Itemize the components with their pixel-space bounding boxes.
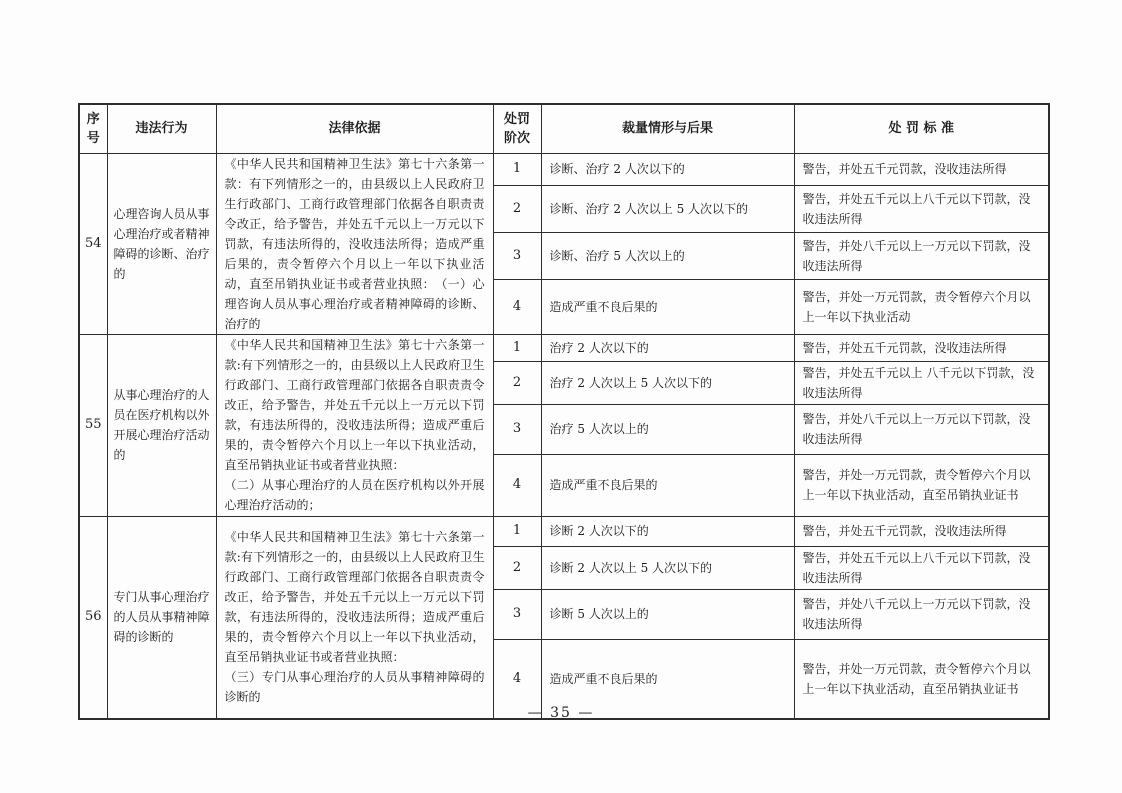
penalty-level-cell: 3 [493,404,541,454]
legal-basis-cell: 《中华人民共和国精神卫生法》第七十六条第一款:有下列情形之一的，由县级以上人民政… [216,516,493,719]
violation-cell: 专门从事心理治疗的人员从事精神障碍的诊断的 [107,516,216,719]
penalty-level-cell: 2 [493,546,541,589]
legal-basis-cell: 《中华人民共和国精神卫生法》第七十六条第一款：有下列情形之一的，由县级以上人民政… [216,153,493,334]
penalty-level-cell: 2 [493,186,541,233]
header-circumstances: 裁量情形与后果 [541,104,794,153]
penalty-standards-table: 序 号 违法行为 法律依据 处罚 阶次 裁量情形与后果 处 罚 标 准 54 心… [78,103,1050,720]
header-penalty-level: 处罚 阶次 [493,104,541,153]
penalty-standard-cell: 警告，并处八千元以上一万元以下罚款，没收违法所得 [794,233,1049,280]
serial-number-cell: 55 [79,334,107,516]
legal-basis-cell: 《中华人民共和国精神卫生法》第七十六条第一款:有下列情形之一的，由县级以上人民政… [216,334,493,516]
table-row: 54 心理咨询人员从事心理治疗或者精神障碍的诊断、治疗的 《中华人民共和国精神卫… [79,153,1049,186]
circumstance-cell: 诊断 2 人次以下的 [541,516,794,546]
circumstance-cell: 造成严重不良后果的 [541,279,794,334]
circumstance-cell: 治疗 2 人次以上 5 人次以下的 [541,361,794,404]
penalty-level-cell: 2 [493,361,541,404]
penalty-level-cell: 3 [493,233,541,280]
penalty-standard-cell: 警告，并处五千元以上八千元以下罚款，没收违法所得 [794,186,1049,233]
circumstance-cell: 诊断、治疗 5 人次以上的 [541,233,794,280]
table-header-row: 序 号 违法行为 法律依据 处罚 阶次 裁量情形与后果 处 罚 标 准 [79,104,1049,153]
violation-cell: 心理咨询人员从事心理治疗或者精神障碍的诊断、治疗的 [107,153,216,334]
circumstance-cell: 造成严重不良后果的 [541,454,794,516]
penalty-standard-cell: 警告，并处五千元罚款，没收违法所得 [794,516,1049,546]
page-number: — 35 — [0,705,1122,721]
penalty-level-cell: 4 [493,454,541,516]
penalty-standard-cell: 警告，并处五千元罚款，没收违法所得 [794,334,1049,361]
header-penalty-standard: 处 罚 标 准 [794,104,1049,153]
header-legal-basis: 法律依据 [216,104,493,153]
table-row: 56 专门从事心理治疗的人员从事精神障碍的诊断的 《中华人民共和国精神卫生法》第… [79,516,1049,546]
penalty-level-cell: 1 [493,153,541,186]
circumstance-cell: 治疗 5 人次以上的 [541,404,794,454]
circumstance-cell: 诊断、治疗 2 人次以下的 [541,153,794,186]
penalty-standard-cell: 警告，并处五千元以上八千元以下罚款，没收违法所得 [794,546,1049,589]
serial-number-cell: 56 [79,516,107,719]
penalty-standard-cell: 警告，并处五千元罚款，没收违法所得 [794,153,1049,186]
violation-cell: 从事心理治疗的人员在医疗机构以外开展心理治疗活动的 [107,334,216,516]
penalty-standard-cell: 警告，并处一万元罚款，责令暂停六个月以上一年以下执业活动 [794,279,1049,334]
penalty-level-cell: 3 [493,589,541,639]
circumstance-cell: 诊断 5 人次以上的 [541,589,794,639]
penalty-level-cell: 1 [493,516,541,546]
penalty-standard-cell: 警告，并处五千元以上 八千元以下罚款，没收违法所得 [794,361,1049,404]
serial-number-cell: 54 [79,153,107,334]
document-page: 序 号 违法行为 法律依据 处罚 阶次 裁量情形与后果 处 罚 标 准 54 心… [0,0,1122,793]
circumstance-cell: 诊断 2 人次以上 5 人次以下的 [541,546,794,589]
penalty-standard-cell: 警告，并处八千元以上一万元以下罚款，没收违法所得 [794,589,1049,639]
table-row: 55 从事心理治疗的人员在医疗机构以外开展心理治疗活动的 《中华人民共和国精神卫… [79,334,1049,361]
penalty-standard-cell: 警告，并处一万元罚款，责令暂停六个月以上一年以下执业活动，直至吊销执业证书 [794,454,1049,516]
penalty-standard-cell: 警告，并处八千元以上一万元以下罚款，没收违法所得 [794,404,1049,454]
penalty-level-cell: 1 [493,334,541,361]
circumstance-cell: 治疗 2 人次以下的 [541,334,794,361]
header-serial-number: 序 号 [79,104,107,153]
header-violation: 违法行为 [107,104,216,153]
penalty-level-cell: 4 [493,279,541,334]
circumstance-cell: 诊断、治疗 2 人次以上 5 人次以下的 [541,186,794,233]
